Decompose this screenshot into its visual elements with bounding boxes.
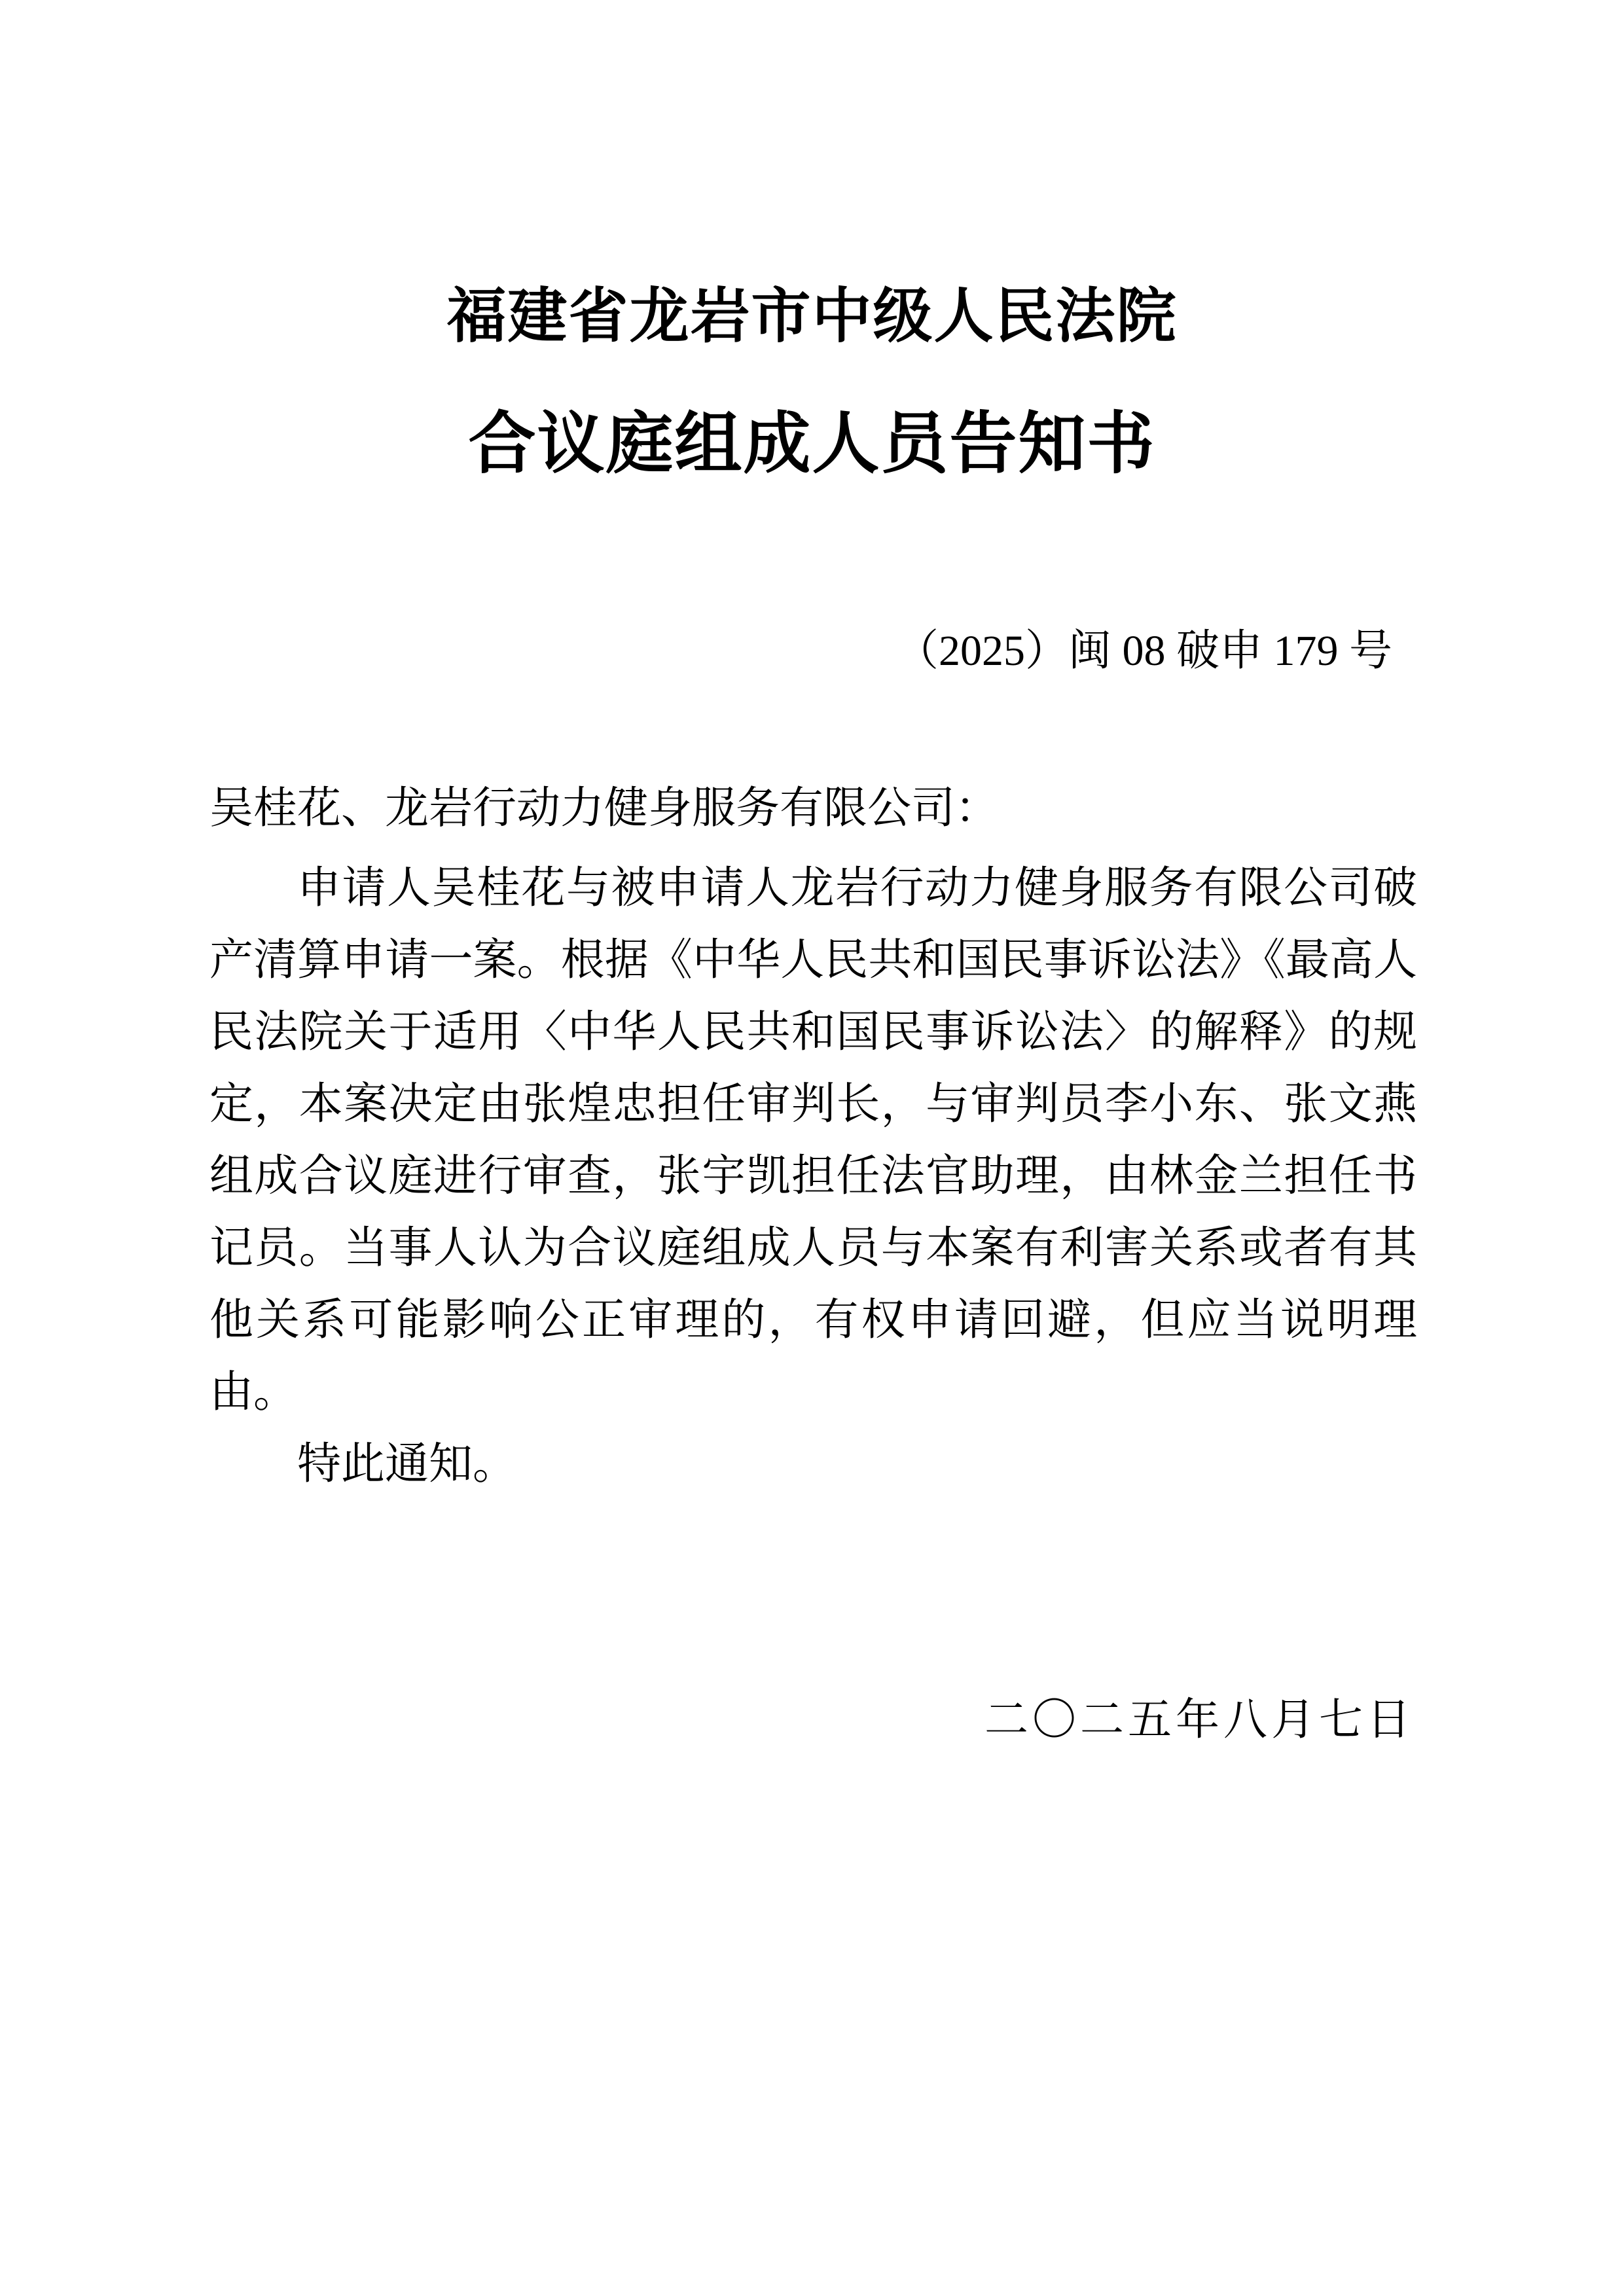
court-notice-page: 福建省龙岩市中级人民法院 合议庭组成人员告知书 （2025）闽 08 破申 17… [0,0,1624,2296]
date-line: 二〇二五年八月七日 [209,1694,1417,1746]
case-number: （2025）闽 08 破申 179 号 [209,625,1417,677]
document-body: 吴桂花、龙岩行动力健身服务有限公司： 申请人吴桂花与被申请人龙岩行动力健身服务有… [209,772,1417,1500]
document-title: 合议庭组成人员告知书 [0,404,1624,486]
addressee-line: 吴桂花、龙岩行动力健身服务有限公司： [209,772,1417,844]
closing-line: 特此通知。 [209,1428,1417,1500]
notice-paragraph: 申请人吴桂花与被申请人龙岩行动力健身服务有限公司破产清算申请一案。根据《中华人民… [209,852,1417,1428]
court-name-heading: 福建省龙岩市中级人民法院 [0,283,1624,351]
